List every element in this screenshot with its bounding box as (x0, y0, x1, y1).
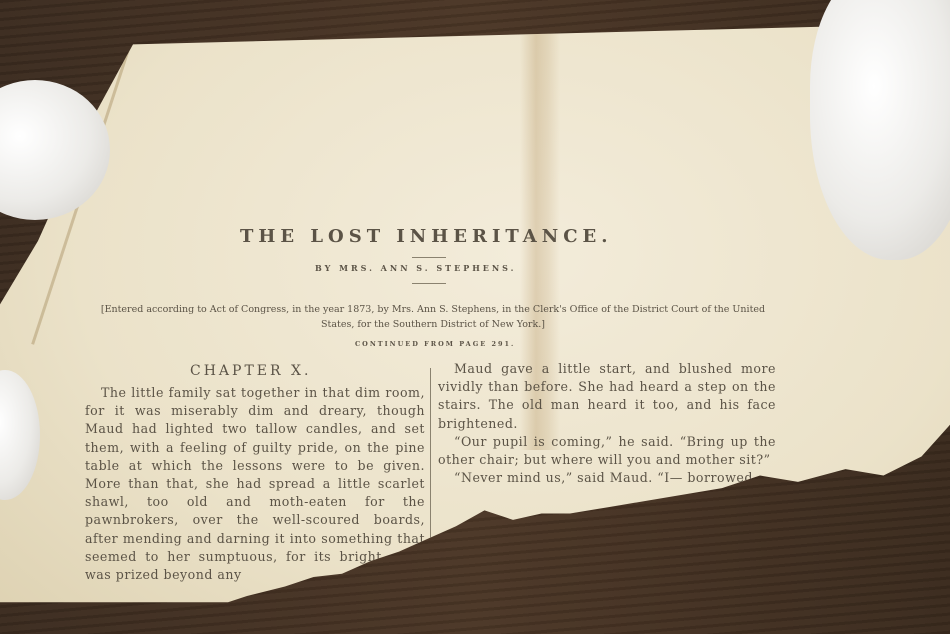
column-divider (430, 368, 431, 548)
left-column: The little family sat together in that d… (85, 384, 425, 584)
title-rule (412, 257, 446, 258)
paragraph: “Never mind us,” said Maud. “I— borrowed (438, 469, 776, 487)
copyright-notice: [Entered according to Act of Congress, i… (88, 302, 778, 332)
right-column: Maud gave a little start, and blushed mo… (438, 360, 776, 487)
article-byline: BY MRS. ANN S. STEPHENS. (315, 263, 516, 273)
paragraph: The little family sat together in that d… (85, 384, 425, 584)
chapter-heading: CHAPTER X. (190, 363, 311, 379)
continued-note: CONTINUED FROM PAGE 291. (355, 340, 515, 348)
article-title: THE LOST INHERITANCE. (240, 226, 613, 247)
byline-rule (412, 283, 446, 284)
paragraph: Maud gave a little start, and blushed mo… (438, 360, 776, 433)
paragraph: “Our pupil is coming,” he said. “Bring u… (438, 433, 776, 469)
